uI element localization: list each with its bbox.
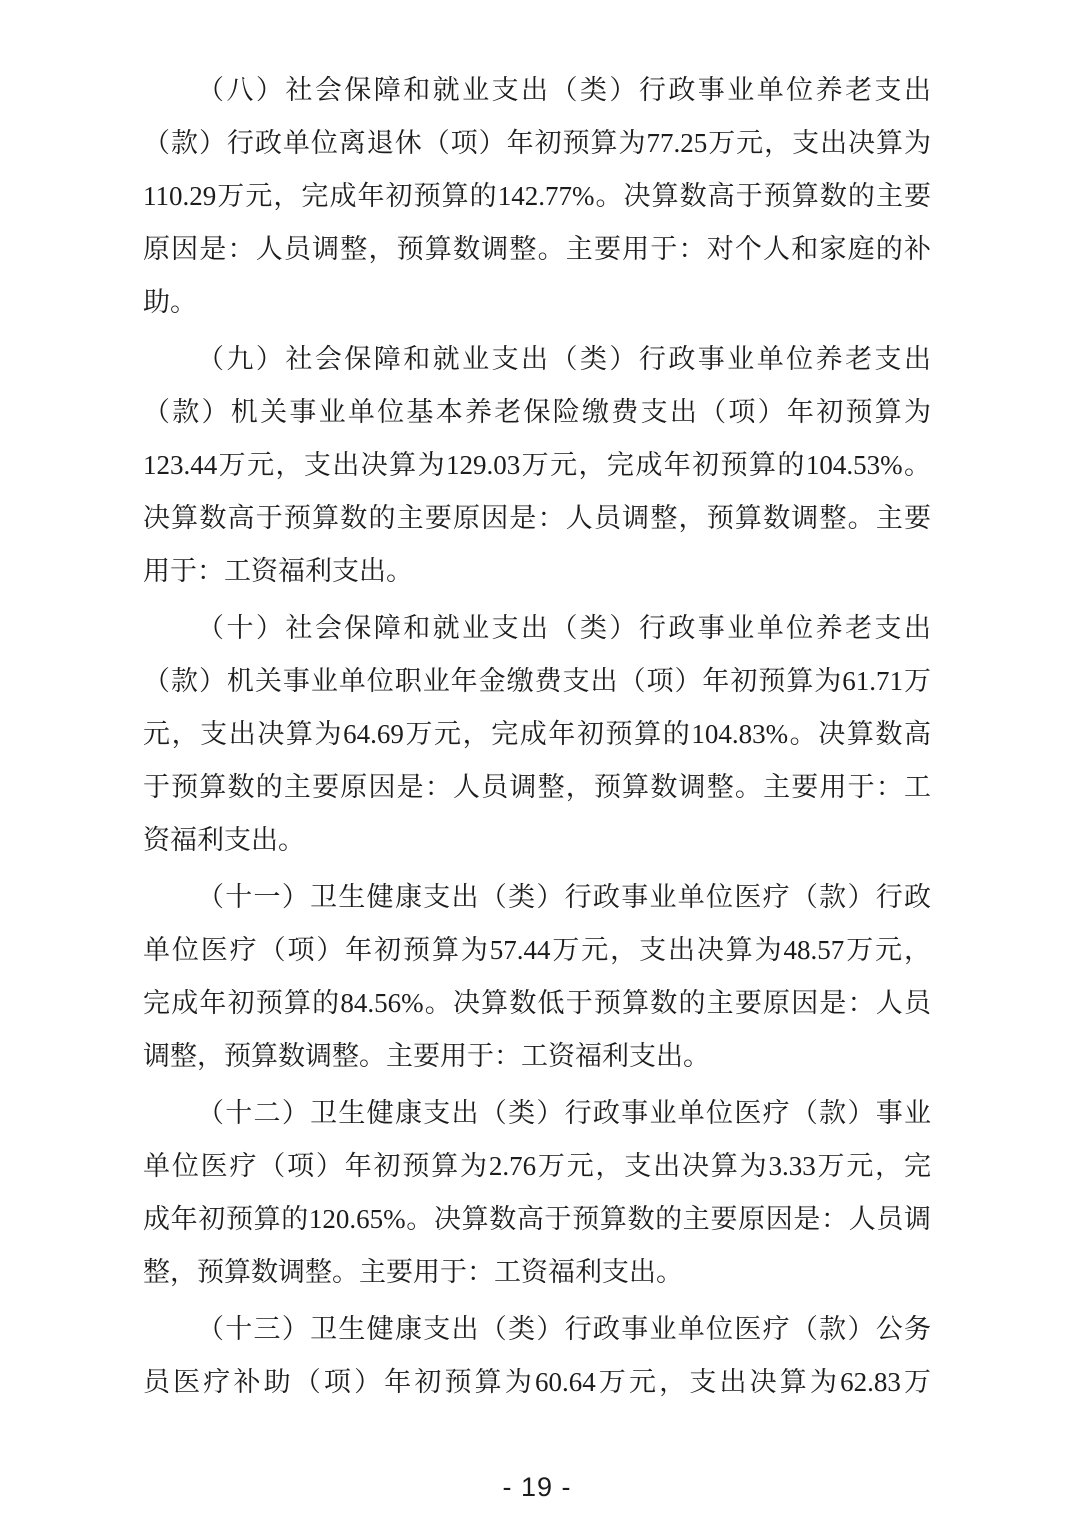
paragraph-item-12-institution-medical: （十二）卫生健康支出（类）行政事业单位医疗（款）事业单位医疗（项）年初预算为2.… bbox=[143, 1087, 931, 1299]
text-line: 整，预算数调整。主要用于：工资福利支出。 bbox=[143, 1246, 931, 1299]
text-line: 用于：工资福利支出。 bbox=[143, 545, 931, 598]
paragraph-item-8-pension-admin-retirees: （八）社会保障和就业支出（类）行政事业单位养老支出（款）行政单位离退休（项）年初… bbox=[143, 64, 931, 329]
paragraph-item-13-civil-servant-medical-subsidy: （十三）卫生健康支出（类）行政事业单位医疗（款）公务员医疗补助（项）年初预算为6… bbox=[143, 1303, 931, 1409]
text-line: 单位医疗（项）年初预算为57.44万元，支出决算为48.57万元， bbox=[143, 924, 931, 977]
text-line: （款）行政单位离退休（项）年初预算为77.25万元，支出决算为 bbox=[143, 117, 931, 170]
text-line: 决算数高于预算数的主要原因是：人员调整，预算数调整。主要 bbox=[143, 492, 931, 545]
text-line: 原因是：人员调整，预算数调整。主要用于：对个人和家庭的补 bbox=[143, 223, 931, 276]
text-line: 调整，预算数调整。主要用于：工资福利支出。 bbox=[143, 1030, 931, 1083]
text-line: 完成年初预算的84.56%。决算数低于预算数的主要原因是：人员 bbox=[143, 977, 931, 1030]
text-line: （十二）卫生健康支出（类）行政事业单位医疗（款）事业 bbox=[143, 1087, 931, 1140]
text-line: （款）机关事业单位职业年金缴费支出（项）年初预算为61.71万 bbox=[143, 655, 931, 708]
text-line: 123.44万元，支出决算为129.03万元，完成年初预算的104.53%。 bbox=[143, 439, 931, 492]
text-line: 于预算数的主要原因是：人员调整，预算数调整。主要用于：工 bbox=[143, 761, 931, 814]
text-line: 元，支出决算为64.69万元，完成年初预算的104.83%。决算数高 bbox=[143, 708, 931, 761]
paragraph-item-11-admin-unit-medical: （十一）卫生健康支出（类）行政事业单位医疗（款）行政单位医疗（项）年初预算为57… bbox=[143, 871, 931, 1083]
page-number: - 19 - bbox=[0, 1472, 1074, 1502]
paragraph-item-9-basic-pension-insurance: （九）社会保障和就业支出（类）行政事业单位养老支出（款）机关事业单位基本养老保险… bbox=[143, 333, 931, 598]
text-line: （九）社会保障和就业支出（类）行政事业单位养老支出 bbox=[143, 333, 931, 386]
text-line: 110.29万元，完成年初预算的142.77%。决算数高于预算数的主要 bbox=[143, 170, 931, 223]
paragraph-item-10-occupational-annuity: （十）社会保障和就业支出（类）行政事业单位养老支出（款）机关事业单位职业年金缴费… bbox=[143, 602, 931, 867]
text-line: 资福利支出。 bbox=[143, 814, 931, 867]
text-line: （十三）卫生健康支出（类）行政事业单位医疗（款）公务 bbox=[143, 1303, 931, 1356]
text-line: 单位医疗（项）年初预算为2.76万元，支出决算为3.33万元，完 bbox=[143, 1140, 931, 1193]
text-line: 员医疗补助（项）年初预算为60.64万元，支出决算为62.83万 bbox=[143, 1356, 931, 1409]
text-line: （十）社会保障和就业支出（类）行政事业单位养老支出 bbox=[143, 602, 931, 655]
text-line: （十一）卫生健康支出（类）行政事业单位医疗（款）行政 bbox=[143, 871, 931, 924]
text-line: 成年初预算的120.65%。决算数高于预算数的主要原因是：人员调 bbox=[143, 1193, 931, 1246]
document-page-body: （八）社会保障和就业支出（类）行政事业单位养老支出（款）行政单位离退休（项）年初… bbox=[143, 64, 931, 1409]
text-line: （八）社会保障和就业支出（类）行政事业单位养老支出 bbox=[143, 64, 931, 117]
text-line: 助。 bbox=[143, 276, 931, 329]
text-line: （款）机关事业单位基本养老保险缴费支出（项）年初预算为 bbox=[143, 386, 931, 439]
